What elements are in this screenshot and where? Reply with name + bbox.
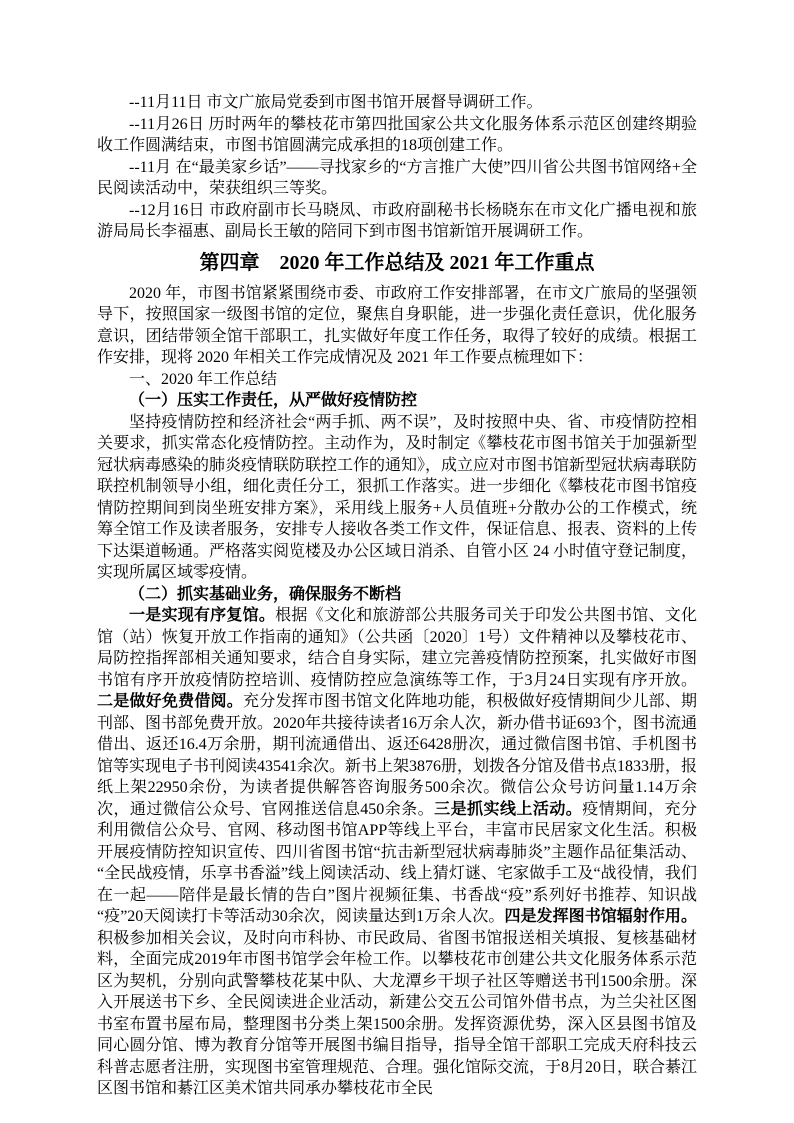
inline-heading-online-activities: 三是抓实线上活动。 bbox=[434, 801, 582, 818]
run-radiation-role: 积极参加相关会议，及时向市科协、市民政局、省图书馆报送相关填报、复核基础材料，全… bbox=[97, 930, 697, 1098]
subsection-1-title: （一）压实工作责任，从严做好疫情防控 bbox=[97, 390, 697, 412]
run-online-activities: 疫情期间，充分利用微信公众号、官网、移动图书馆APP等线上平台，丰富市民居家文化… bbox=[97, 801, 697, 926]
intro-paragraph: 2020 年，市图书馆紧紧围绕市委、市政府工作安排部署，在市文广旅局的坚强领导下… bbox=[97, 283, 697, 369]
subsection-2-title: （二）抓实基础业务，确保服务不断档 bbox=[97, 584, 697, 606]
chronicle-entry: --11月26日 历时两年的攀枝花市第四批国家公共文化服务体系示范区创建终期验收… bbox=[97, 114, 697, 157]
run-free-lending: 充分发挥市图书馆文化阵地功能，积极做好疫情期间少儿部、期刊部、图书部免费开放。2… bbox=[97, 693, 697, 818]
inline-heading-radiation-role: 四是发挥图书馆辐射作用。 bbox=[504, 908, 697, 925]
subsection-1-body: 坚持疫情防控和经济社会“两手抓、两不误”，及时按照中央、省、市疫情防控相关要求，… bbox=[97, 412, 697, 584]
chronicle-entry: --12月16日 市政府副市长马晓凤、市政府副秘书长杨晓东在市文化广播电视和旅游… bbox=[97, 200, 697, 243]
subsection-2-body: 一是实现有序复馆。根据《文化和旅游部公共服务司关于印发公共图书馆、文化馆（站）恢… bbox=[97, 605, 697, 1100]
document-page: --11月11日 市文广旅局党委到市图书馆开展督导调研工作。 --11月26日 … bbox=[0, 0, 794, 1123]
chronicle-entry: --11月 在“最美家乡话”——寻找家乡的“方言推广大使”四川省公共图书馆网络+… bbox=[97, 157, 697, 200]
chapter-heading: 第四章 2020 年工作总结及 2021 年工作重点 bbox=[97, 248, 697, 278]
inline-heading-restore-opening: 一是实现有序复馆。 bbox=[129, 607, 275, 624]
section-1-title: 一、2020 年工作总结 bbox=[97, 369, 697, 391]
inline-heading-free-lending: 二是做好免费借阅。 bbox=[97, 693, 243, 710]
chronicle-entry: --11月11日 市文广旅局党委到市图书馆开展督导调研工作。 bbox=[97, 92, 697, 114]
document-content: --11月11日 市文广旅局党委到市图书馆开展督导调研工作。 --11月26日 … bbox=[97, 92, 697, 1100]
